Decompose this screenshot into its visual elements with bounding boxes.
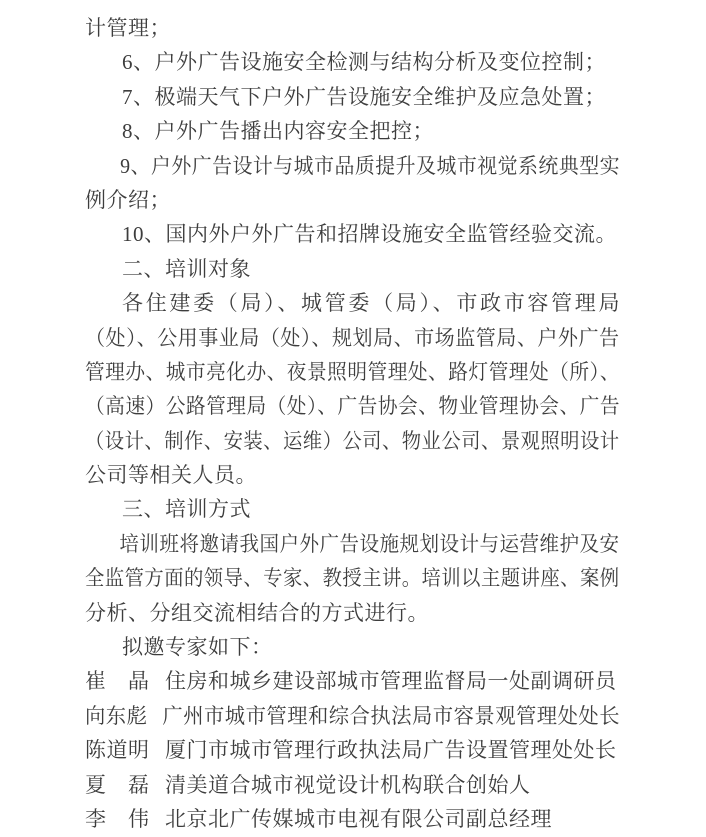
audience-paragraph-line-3: 管理办、城市亮化办、夜景照明管理处、路灯管理处（所）、 bbox=[85, 355, 587, 389]
expert-title: 厦门市城市管理行政执法局广告设置管理处处长 bbox=[165, 738, 617, 762]
audience-paragraph-line-2: （处）、公用事业局（处）、规划局、市场监管局、户外广告 bbox=[85, 321, 596, 355]
expert-name: 陈道明 bbox=[85, 733, 149, 767]
expert-row: 陈道明厦门市城市管理行政执法局广告设置管理处处长 bbox=[85, 733, 620, 767]
agenda-item-9-continued: 例介绍； bbox=[85, 183, 620, 217]
expert-row: 向东彪广州市城市管理和综合执法局市容景观管理处处长 bbox=[85, 699, 603, 733]
agenda-item-9: 9、户外广告设计与城市品质提升及城市视觉系统典型实 bbox=[85, 149, 592, 183]
expert-row: 李 伟北京北广传媒城市电视有限公司副总经理 bbox=[85, 802, 620, 836]
expert-title: 住房和城乡建设部城市管理监督局一处副调研员 bbox=[165, 669, 617, 693]
expert-row: 崔 晶住房和城乡建设部城市管理监督局一处副调研员 bbox=[85, 664, 620, 698]
method-paragraph-line-2: 全监管方面的领导、专家、教授主讲。培训以主题讲座、案例 bbox=[85, 561, 578, 595]
expert-name: 李 伟 bbox=[85, 802, 149, 836]
agenda-item-8: 8、户外广告播出内容安全把控； bbox=[85, 114, 620, 148]
agenda-item-10: 10、国内外户外广告和招牌设施安全监管经验交流。 bbox=[85, 217, 620, 251]
audience-paragraph-line-5: （设计、制作、安装、运维）公司、物业公司、景观照明设计 bbox=[85, 424, 578, 458]
expert-name: 向东彪 bbox=[85, 699, 147, 733]
section-heading-training-method: 三、培训方式 bbox=[85, 492, 620, 526]
expert-name: 夏 磊 bbox=[85, 768, 149, 802]
continuation-line: 计管理； bbox=[85, 11, 620, 45]
expert-row: 夏 磊清美道合城市视觉设计机构联合创始人 bbox=[85, 768, 620, 802]
method-paragraph-line-1: 培训班将邀请我国户外广告设施规划设计与运营维护及安 bbox=[85, 527, 583, 561]
audience-paragraph-line-6: 公司等相关人员。 bbox=[85, 458, 620, 492]
document-page: 计管理； 6、户外广告设施安全检测与结构分析及变位控制； 7、极端天气下户外广告… bbox=[0, 0, 706, 837]
expert-title: 广州市城市管理和综合执法局市容景观管理处处长 bbox=[162, 704, 620, 728]
audience-paragraph-line-4: （高速）公路管理局（处）、广告协会、物业管理协会、广告 bbox=[85, 389, 587, 423]
expert-title: 清美道合城市视觉设计机构联合创始人 bbox=[165, 773, 531, 797]
section-heading-training-audience: 二、培训对象 bbox=[85, 252, 620, 286]
experts-intro-line: 拟邀专家如下： bbox=[85, 630, 620, 664]
audience-paragraph-line-1: 各住建委（局）、城管委（局）、市政市容管理局 bbox=[85, 286, 620, 320]
expert-name: 崔 晶 bbox=[85, 664, 149, 698]
agenda-item-6: 6、户外广告设施安全检测与结构分析及变位控制； bbox=[85, 45, 620, 79]
expert-title: 北京北广传媒城市电视有限公司副总经理 bbox=[165, 807, 552, 831]
method-paragraph-line-3: 分析、分组交流相结合的方式进行。 bbox=[85, 596, 620, 630]
agenda-item-7: 7、极端天气下户外广告设施安全维护及应急处置； bbox=[85, 80, 620, 114]
